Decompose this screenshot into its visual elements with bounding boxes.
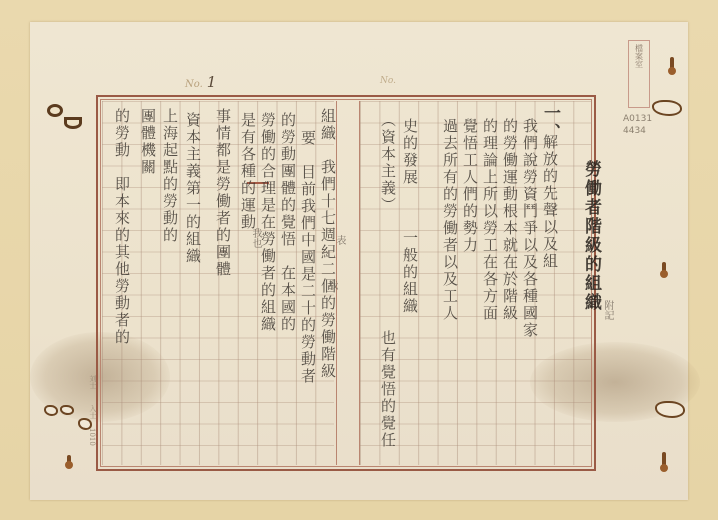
margin-note: 1010 <box>88 428 96 446</box>
text-column: 要 目前我們中國是二十的勞動者 <box>298 130 317 385</box>
title-annotation: 附記 <box>598 300 617 320</box>
interlinear-annotation: 我也 <box>246 228 265 248</box>
text-column: 一般的組織 <box>400 230 419 315</box>
page-number-secondary: No. <box>380 76 396 86</box>
archive-catalog-number: A0131 4434 <box>623 113 652 137</box>
text-column: 覺悟工人們的勢力 <box>460 118 479 254</box>
text-column: 的勞動 即本來的其他勞動者的 <box>112 108 131 346</box>
document-title: 勞働者階級的組織 <box>581 160 600 312</box>
text-column: 的勞働運動根本就在於階級 <box>500 118 519 322</box>
text-column: 勞働的合理是在勞働者的組織 <box>258 112 277 333</box>
interlinear-annotation: 表 <box>330 235 349 245</box>
staple-mark <box>662 262 666 274</box>
text-column: 過去所有的勞働者以及工人 <box>440 118 459 322</box>
text-column: （資本主義） <box>378 112 397 214</box>
margin-note: 刘士 <box>88 375 98 389</box>
text-column: 資本主義第一的組織 <box>183 112 202 265</box>
section-heading: 解放的先聲以及組 <box>540 134 559 270</box>
text-column: 是有各種的運動 <box>238 112 257 231</box>
staple-mark <box>670 57 674 71</box>
interlinear-annotation: 我 <box>322 280 341 290</box>
catalog-line-2: 4434 <box>623 125 652 137</box>
damage-spot <box>44 405 58 416</box>
archive-stamp: 檔案室 <box>628 40 650 108</box>
text-column: 上海起點的勞動的 <box>160 108 179 244</box>
text-column: 的勞動團體的覺悟 在本國的 <box>278 112 297 333</box>
staple-mark <box>67 455 71 465</box>
text-column: 史的發展 <box>400 118 419 186</box>
page-number: No.1 <box>185 73 216 91</box>
catalog-line-1: A0131 <box>623 113 652 125</box>
margin-note: 入士 <box>88 405 98 419</box>
text-column: 團體機關 <box>138 108 157 176</box>
text-column: 事情都是勞働者的團體 <box>213 108 232 278</box>
text-column: 的理論上所以勞工在各方面 <box>480 118 499 322</box>
text-column: 也有覺悟的覺任 <box>378 330 397 449</box>
text-column: 我們說勞資鬥爭以及各種國家 <box>520 118 539 339</box>
binding-hole <box>47 104 63 117</box>
binding-hole <box>64 117 82 129</box>
staple-mark <box>662 452 666 468</box>
damage-spot <box>60 405 74 415</box>
